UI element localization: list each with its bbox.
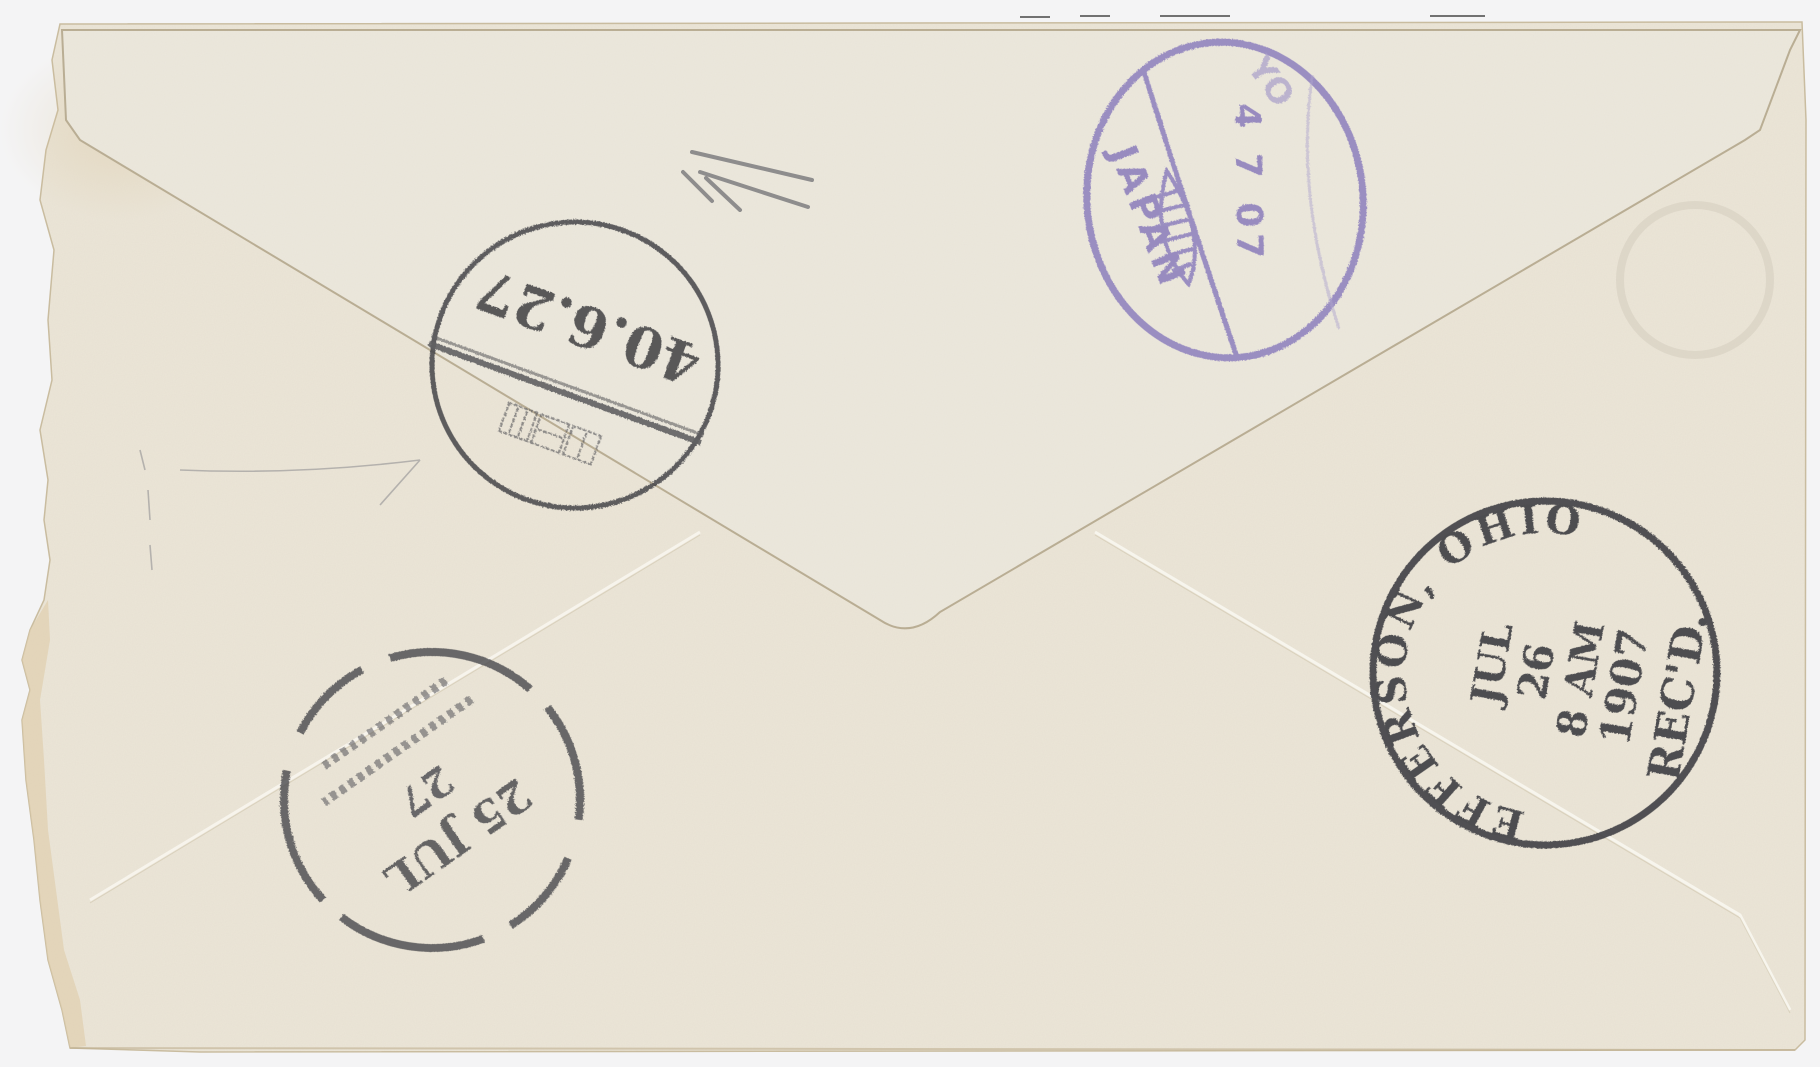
envelope-back-scene: JAPAN 4 7 07 YO 40.6.27 ⿰⿱⿲ 25 JUL 27 JE… xyxy=(0,0,1820,1067)
postmark-yokohama-date: 4 7 07 xyxy=(1226,103,1270,265)
